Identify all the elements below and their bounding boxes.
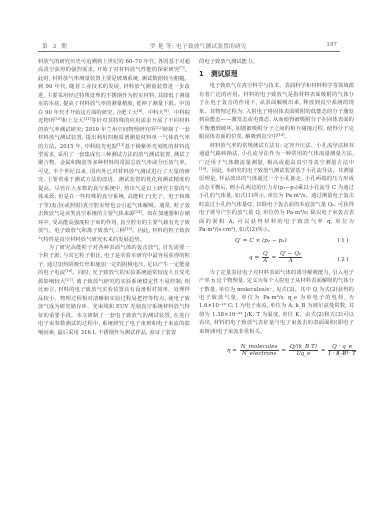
left-column: 料放气的研究历史可追溯到上世纪的 60–70 年代, 各国基于对超高真空获得的强… (38, 58, 190, 337)
issue-number: 第 3 期 (42, 42, 68, 50)
citation: [18] (277, 133, 284, 137)
paragraph: 电子致放气在真空科学与技术、表面科学和材料科学等领域都有着广泛的应用。材料的电子… (199, 82, 354, 141)
running-title: 罗 艳 等: 电子致放气测试装置的研究 (150, 42, 247, 50)
fraction: N_moleculesN_electrons (240, 344, 279, 357)
equation-expression: Q′ = C × (p₁ − p₂) (235, 237, 287, 245)
paragraph: 为了研究高能粒子对各种表面气体的轰击放气, 首先需要一个粒子源; 与其它粒子相比… (38, 244, 190, 337)
citation: [14] (135, 210, 142, 214)
equation-number: (1) (338, 237, 350, 245)
section-title: 测试原理 (211, 70, 238, 78)
equation-expression: q = QA = Q′ − Q₀A (249, 251, 303, 264)
paragraph-continuation: 的电子致放气测试能力。 (199, 58, 354, 66)
paragraph: 为了定量表征电子对材料表面气体的诱导解吸能力, 引入电子产率 η 这个物理量, … (199, 269, 354, 337)
fraction: Q/(k_B T)I/q_e (289, 344, 318, 357)
journal-page: 第 3 期 罗 艳 等: 电子致放气测试装置的研究 197 料放气的研究历史可追… (0, 0, 380, 514)
equation-3: η = N_moleculesN_electrons = Q/(k_B T)I/… (199, 342, 354, 364)
fraction: Q′ − Q₀A (279, 251, 302, 264)
citation: [11] (84, 117, 91, 121)
section-number: 1 (199, 70, 211, 79)
fraction: QA (262, 251, 269, 264)
paragraph: 材料放气率的常规测试方法有: 定容升压法、小孔流导法和双通道气路转换法, 小孔流… (199, 142, 354, 235)
right-column: 的电子致放气测试能力。 1测试原理 电子致放气在真空科学与技术、表面科学和材料科… (199, 58, 354, 364)
page-number: 197 (326, 42, 337, 48)
running-header: 第 3 期 罗 艳 等: 电子致放气测试装置的研究 197 (38, 39, 340, 52)
equation-2: q = QA = Q′ − Q₀A (2) (199, 250, 354, 269)
equation-number: (3) (338, 349, 350, 357)
paragraph: 料放气的研究历史可追溯到上世纪的 60–70 年代, 各国基于对超高真空获得的强… (38, 58, 190, 244)
citation: [12] (156, 125, 163, 129)
citation: [17] (66, 278, 73, 282)
equation-1: Q′ = C × (p₁ − p₂) (1) (199, 235, 354, 250)
citation: [10] (55, 117, 62, 121)
section-heading: 1测试原理 (199, 70, 354, 79)
equation-number: (2) (338, 256, 350, 264)
